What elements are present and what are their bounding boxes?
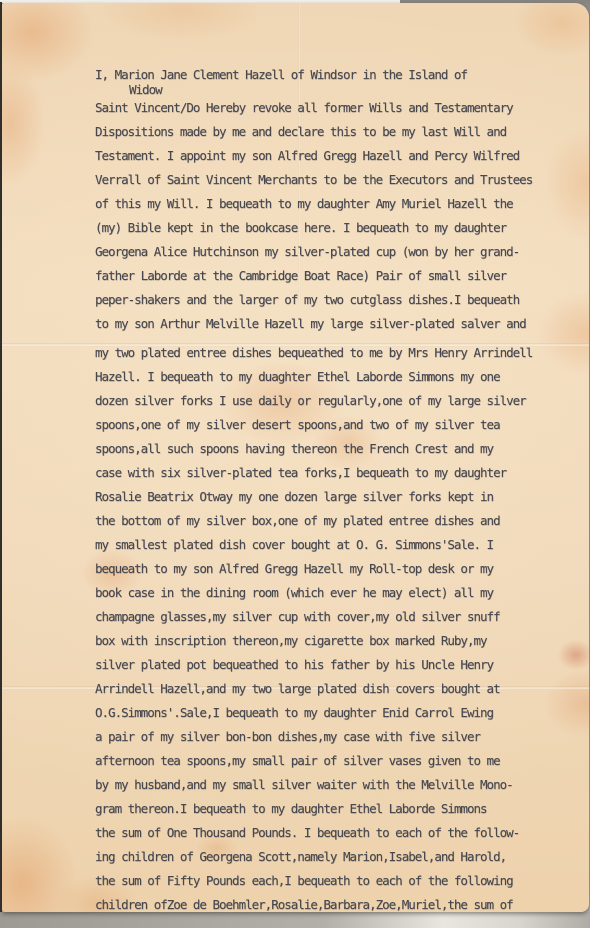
text-line: a pair of my silver bon-bon dishes,my ca… xyxy=(95,725,565,749)
text-line: by my husband,and my small silver waiter… xyxy=(95,773,565,797)
text-line: the bottom of my silver box,one of my pl… xyxy=(95,509,565,533)
text-line: box with inscription thereon,my cigarett… xyxy=(95,629,565,653)
text-line: ing children of Georgena Scott,namely Ma… xyxy=(95,845,565,869)
text-line: Saint Vincent/Do Hereby revoke all forme… xyxy=(95,96,565,120)
text-line: Hazell. I bequeath to my duaghter Ethel … xyxy=(95,365,565,389)
text-line: gram thereon.I bequeath to my daughter E… xyxy=(95,797,565,821)
text-line: Dispositions made by me and declare this… xyxy=(95,120,565,144)
text-line: dozen silver forks I use daily or regula… xyxy=(95,389,565,413)
text-line: bequeath to my son Alfred Gregg Hazell m… xyxy=(95,557,565,581)
text-line: Georgena Alice Hutchinson my silver-plat… xyxy=(95,240,565,264)
text-line: champagne glasses,my silver cup with cov… xyxy=(95,605,565,629)
text-line: afternoon tea spoons,my small pair of si… xyxy=(95,749,565,773)
text-line: my two plated entree dishes bequeathed t… xyxy=(95,341,565,365)
text-line: to my son Arthur Melville Hazell my larg… xyxy=(95,312,565,336)
text-line: O.G.Simmons'.Sale,I bequeath to my daugh… xyxy=(95,701,565,725)
text-line: children ofZoe de Boehmler,Rosalie,Barba… xyxy=(95,893,565,917)
will-text: I, Marion Jane Clement Hazell of Windsor… xyxy=(95,63,565,917)
text-line: Verrall of Saint Vincent Merchants to be… xyxy=(95,168,565,192)
text-line: case with six silver-plated tea forks,I … xyxy=(95,461,565,485)
text-line: silver plated pot bequeathed to his fath… xyxy=(95,653,565,677)
text-line: Testament. I appoint my son Alfred Gregg… xyxy=(95,144,565,168)
text-line: father Laborde at the Cambridge Boat Rac… xyxy=(95,264,565,288)
scanned-document: I, Marion Jane Clement Hazell of Windsor… xyxy=(0,0,590,928)
text-line: spoons,one of my silver desert spoons,an… xyxy=(95,413,565,437)
text-line: the sum of One Thousand Pounds. I bequea… xyxy=(95,821,565,845)
text-line: (my) Bible kept in the bookcase here. I … xyxy=(95,216,565,240)
text-line: the sum of Fifty Pounds each,I bequeath … xyxy=(95,869,565,893)
text-line: of this my Will. I bequeath to my daught… xyxy=(95,192,565,216)
text-line: peper-shakers and the larger of my two c… xyxy=(95,288,565,312)
text-line: Arrindell Hazell,and my two large plated… xyxy=(95,677,565,701)
text-line: my smallest plated dish cover bought at … xyxy=(95,533,565,557)
text-line: Rosalie Beatrix Otway my one dozen large… xyxy=(95,485,565,509)
text-line: book case in the dining room (which ever… xyxy=(95,581,565,605)
paper-page: I, Marion Jane Clement Hazell of Windsor… xyxy=(2,3,589,912)
text-line: spoons,all such spoons having thereon th… xyxy=(95,437,565,461)
